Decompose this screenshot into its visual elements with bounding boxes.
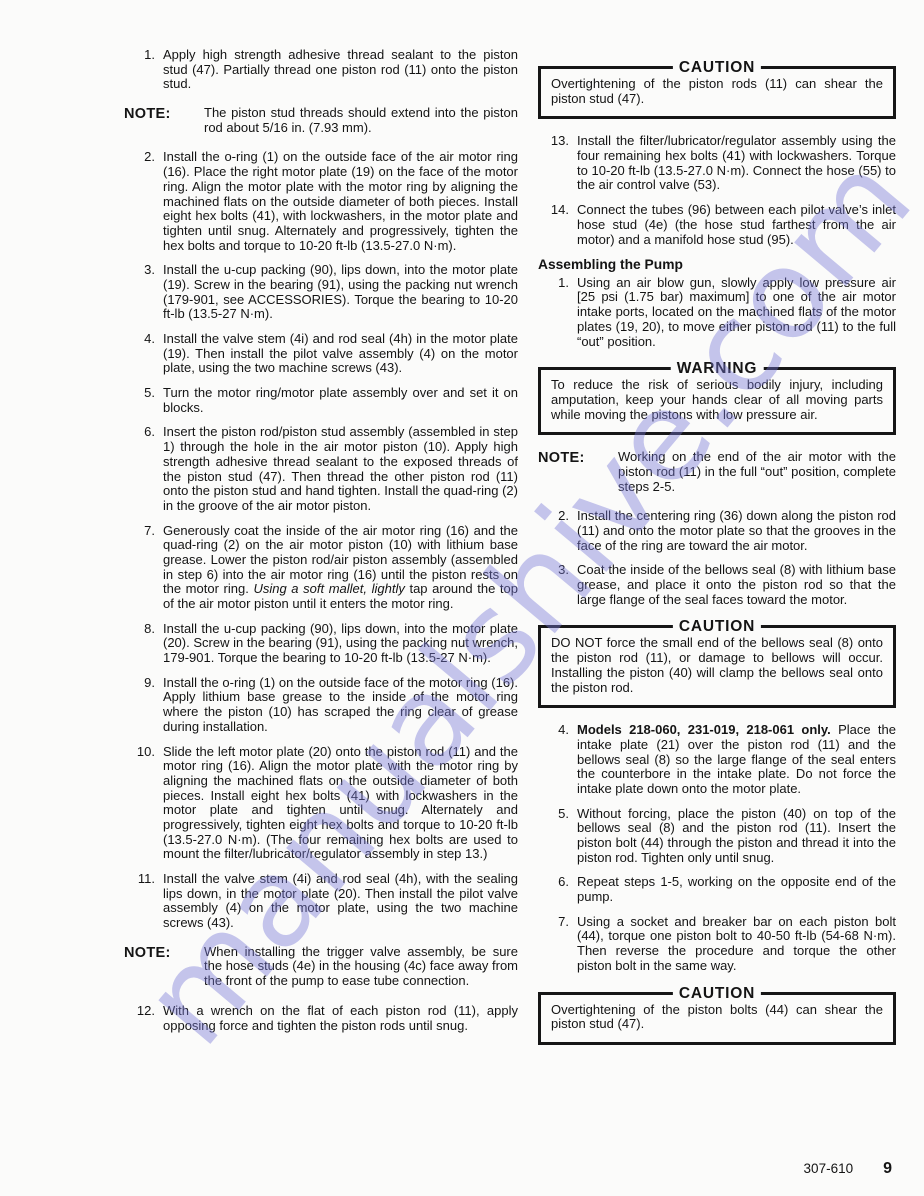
step-number: 4. bbox=[538, 723, 577, 796]
step-number: 2. bbox=[124, 150, 163, 253]
text-segment: Slide the left motor plate (20) onto the… bbox=[163, 744, 518, 862]
text-segment: Overtightening of the piston rods (11) c… bbox=[551, 76, 883, 106]
warning-box: WARNINGTo reduce the risk of serious bod… bbox=[538, 367, 896, 435]
section-heading: Assembling the Pump bbox=[538, 257, 896, 273]
step-number: 1. bbox=[124, 48, 163, 92]
text-segment: Insert the piston rod/piston stud assemb… bbox=[163, 424, 518, 512]
box-text: Overtightening of the piston bolts (44) … bbox=[551, 1003, 883, 1032]
step-item: 10.Slide the left motor plate (20) onto … bbox=[124, 745, 518, 863]
step-item: 4.Install the valve stem (4i) and rod se… bbox=[124, 332, 518, 376]
step-item: 2.Install the o-ring (1) on the outside … bbox=[124, 150, 518, 253]
page-number: 9 bbox=[883, 1160, 892, 1178]
step-item: 4.Models 218-060, 231-019, 218-061 only.… bbox=[538, 723, 896, 796]
step-item: 7.Generously coat the inside of the air … bbox=[124, 524, 518, 612]
step-item: 11.Install the valve stem (4i) and rod s… bbox=[124, 872, 518, 931]
note-text: Working on the end of the air motor with… bbox=[618, 450, 896, 494]
step-number: 3. bbox=[124, 263, 163, 322]
step-number: 7. bbox=[538, 915, 577, 974]
step-text: Install the centering ring (36) down alo… bbox=[577, 509, 896, 553]
step-text: Install the filter/lubricator/regulator … bbox=[577, 134, 896, 193]
text-segment: When installing the trigger valve assemb… bbox=[204, 944, 518, 988]
note-block: NOTE:When installing the trigger valve a… bbox=[124, 945, 518, 989]
caution-box: CAUTIONDO NOT force the small end of the… bbox=[538, 625, 896, 708]
text-segment: Repeat steps 1-5, working on the opposit… bbox=[577, 874, 896, 904]
caution-box: CAUTIONOvertightening of the piston bolt… bbox=[538, 992, 896, 1045]
text-segment: Install the valve stem (4i) and rod seal… bbox=[163, 871, 518, 930]
note-label: NOTE: bbox=[538, 450, 618, 494]
step-text: Using a socket and breaker bar on each p… bbox=[577, 915, 896, 974]
step-text: Connect the tubes (96) between each pilo… bbox=[577, 203, 896, 247]
box-text: DO NOT force the small end of the bellow… bbox=[551, 636, 883, 695]
text-segment: Working on the end of the air motor with… bbox=[618, 449, 896, 493]
text-segment: Install the centering ring (36) down alo… bbox=[577, 508, 896, 552]
step-number: 11. bbox=[124, 872, 163, 931]
step-text: Coat the inside of the bellows seal (8) … bbox=[577, 563, 896, 607]
text-segment: Without forcing, place the piston (40) o… bbox=[577, 806, 896, 865]
step-number: 1. bbox=[538, 276, 577, 349]
step-number: 6. bbox=[538, 875, 577, 904]
box-title: CAUTION bbox=[673, 618, 761, 636]
step-item: 12.With a wrench on the flat of each pis… bbox=[124, 1004, 518, 1033]
step-text: Insert the piston rod/piston stud assemb… bbox=[163, 425, 518, 513]
step-item: 6.Insert the piston rod/piston stud asse… bbox=[124, 425, 518, 513]
text-segment: Overtightening of the piston bolts (44) … bbox=[551, 1002, 883, 1032]
step-text: Install the valve stem (4i) and rod seal… bbox=[163, 872, 518, 931]
text-segment: Using an air blow gun, slowly apply low … bbox=[577, 275, 896, 349]
step-number: 12. bbox=[124, 1004, 163, 1033]
text-segment: Install the u-cup packing (90), lips dow… bbox=[163, 621, 518, 665]
text-segment: Models 218-060, 231-019, 218-061 only. bbox=[577, 722, 831, 737]
step-text: Apply high strength adhesive thread seal… bbox=[163, 48, 518, 92]
step-item: 2.Install the centering ring (36) down a… bbox=[538, 509, 896, 553]
step-text: Models 218-060, 231-019, 218-061 only. P… bbox=[577, 723, 896, 796]
text-segment: Turn the motor ring/motor plate assembly… bbox=[163, 385, 518, 415]
step-text: Without forcing, place the piston (40) o… bbox=[577, 807, 896, 866]
step-item: 5.Turn the motor ring/motor plate assemb… bbox=[124, 386, 518, 415]
step-number: 7. bbox=[124, 524, 163, 612]
step-item: 13.Install the filter/lubricator/regulat… bbox=[538, 134, 896, 193]
step-number: 5. bbox=[124, 386, 163, 415]
step-text: Turn the motor ring/motor plate assembly… bbox=[163, 386, 518, 415]
step-item: 14.Connect the tubes (96) between each p… bbox=[538, 203, 896, 247]
box-title: WARNING bbox=[671, 360, 764, 378]
text-segment: Install the filter/lubricator/regulator … bbox=[577, 133, 896, 192]
text-segment: Apply high strength adhesive thread seal… bbox=[163, 47, 518, 91]
text-segment: With a wrench on the flat of each piston… bbox=[163, 1003, 518, 1033]
step-text: Install the u-cup packing (90), lips dow… bbox=[163, 622, 518, 666]
box-title: CAUTION bbox=[673, 985, 761, 1003]
step-item: 3.Coat the inside of the bellows seal (8… bbox=[538, 563, 896, 607]
caution-box: CAUTIONOvertightening of the piston rods… bbox=[538, 66, 896, 119]
box-title: CAUTION bbox=[673, 59, 761, 77]
text-segment: Connect the tubes (96) between each pilo… bbox=[577, 202, 896, 246]
page-columns: 1.Apply high strength adhesive thread se… bbox=[0, 0, 924, 1060]
text-segment: Coat the inside of the bellows seal (8) … bbox=[577, 562, 896, 606]
text-segment: To reduce the risk of serious bodily inj… bbox=[551, 377, 883, 421]
step-number: 4. bbox=[124, 332, 163, 376]
step-number: 5. bbox=[538, 807, 577, 866]
step-number: 6. bbox=[124, 425, 163, 513]
step-text: Install the o-ring (1) on the outside fa… bbox=[163, 150, 518, 253]
document-code: 307-610 bbox=[804, 1161, 854, 1176]
text-segment: Install the valve stem (4i) and rod seal… bbox=[163, 331, 518, 375]
step-number: 14. bbox=[538, 203, 577, 247]
step-number: 8. bbox=[124, 622, 163, 666]
step-text: Generously coat the inside of the air mo… bbox=[163, 524, 518, 612]
manual-page: 1.Apply high strength adhesive thread se… bbox=[0, 0, 924, 1196]
note-block: NOTE:The piston stud threads should exte… bbox=[124, 106, 518, 135]
text-segment: The piston stud threads should extend in… bbox=[204, 105, 518, 135]
step-text: Repeat steps 1-5, working on the opposit… bbox=[577, 875, 896, 904]
step-text: Slide the left motor plate (20) onto the… bbox=[163, 745, 518, 863]
note-text: When installing the trigger valve assemb… bbox=[204, 945, 518, 989]
text-segment: Install the o-ring (1) on the outside fa… bbox=[163, 149, 518, 252]
note-label: NOTE: bbox=[124, 945, 204, 989]
step-number: 2. bbox=[538, 509, 577, 553]
step-item: 1.Apply high strength adhesive thread se… bbox=[124, 48, 518, 92]
text-segment: Using a socket and breaker bar on each p… bbox=[577, 914, 896, 973]
step-text: Install the o-ring (1) on the outside fa… bbox=[163, 676, 518, 735]
step-text: With a wrench on the flat of each piston… bbox=[163, 1004, 518, 1033]
step-item: 6.Repeat steps 1-5, working on the oppos… bbox=[538, 875, 896, 904]
page-footer: 307-610 9 bbox=[804, 1160, 892, 1178]
step-number: 3. bbox=[538, 563, 577, 607]
box-text: Overtightening of the piston rods (11) c… bbox=[551, 77, 883, 106]
box-text: To reduce the risk of serious bodily inj… bbox=[551, 378, 883, 422]
text-segment: Using a soft mallet, lightly bbox=[253, 581, 404, 596]
text-segment: Install the o-ring (1) on the outside fa… bbox=[163, 675, 518, 734]
step-text: Using an air blow gun, slowly apply low … bbox=[577, 276, 896, 349]
step-text: Install the valve stem (4i) and rod seal… bbox=[163, 332, 518, 376]
note-label: NOTE: bbox=[124, 106, 204, 135]
text-segment: Install the u-cup packing (90), lips dow… bbox=[163, 262, 518, 321]
step-number: 10. bbox=[124, 745, 163, 863]
right-column: CAUTIONOvertightening of the piston rods… bbox=[538, 48, 896, 1060]
text-segment: DO NOT force the small end of the bellow… bbox=[551, 635, 883, 694]
note-block: NOTE:Working on the end of the air motor… bbox=[538, 450, 896, 494]
step-item: 9.Install the o-ring (1) on the outside … bbox=[124, 676, 518, 735]
left-column: 1.Apply high strength adhesive thread se… bbox=[124, 48, 518, 1060]
step-item: 3.Install the u-cup packing (90), lips d… bbox=[124, 263, 518, 322]
step-number: 13. bbox=[538, 134, 577, 193]
step-number: 9. bbox=[124, 676, 163, 735]
step-item: 7.Using a socket and breaker bar on each… bbox=[538, 915, 896, 974]
step-item: 5.Without forcing, place the piston (40)… bbox=[538, 807, 896, 866]
note-text: The piston stud threads should extend in… bbox=[204, 106, 518, 135]
step-text: Install the u-cup packing (90), lips dow… bbox=[163, 263, 518, 322]
step-item: 8.Install the u-cup packing (90), lips d… bbox=[124, 622, 518, 666]
step-item: 1.Using an air blow gun, slowly apply lo… bbox=[538, 276, 896, 349]
